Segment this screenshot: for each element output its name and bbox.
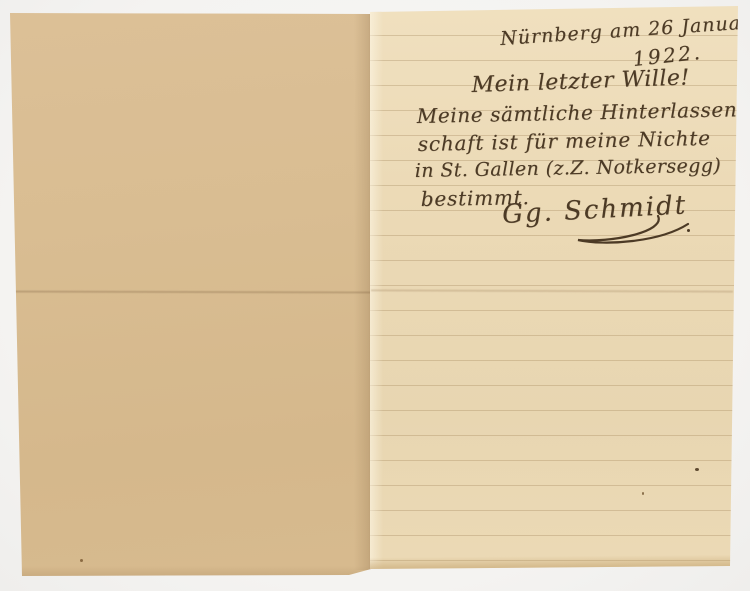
fold-crease-left (11, 291, 371, 294)
dateline-place-date: Nürnberg am 26 Januar (500, 11, 750, 50)
letter-body-line: Meine sämtliche Hinterlassen- (416, 97, 744, 128)
signature-period (687, 229, 690, 232)
right-page-bottom-edge (368, 555, 734, 575)
left-page-bottom-edge (20, 566, 372, 577)
spine-shadow (354, 13, 371, 570)
paper-speck (695, 468, 699, 471)
paper-speck (80, 559, 83, 562)
paper-speck (13, 379, 15, 381)
letter-scan: Nürnberg am 26 Januar 1922. Mein letzter… (0, 0, 750, 591)
letter-body-line: in St. Gallen (z.Z. Notkersegg) (415, 155, 722, 182)
signature-flourish-icon (550, 212, 695, 252)
paper-speck (642, 492, 644, 495)
fold-crease-right (371, 289, 733, 292)
letter-body-line: schaft ist für meine Nichte (417, 126, 710, 156)
letter-title: Mein letzter Wille! (471, 65, 690, 98)
